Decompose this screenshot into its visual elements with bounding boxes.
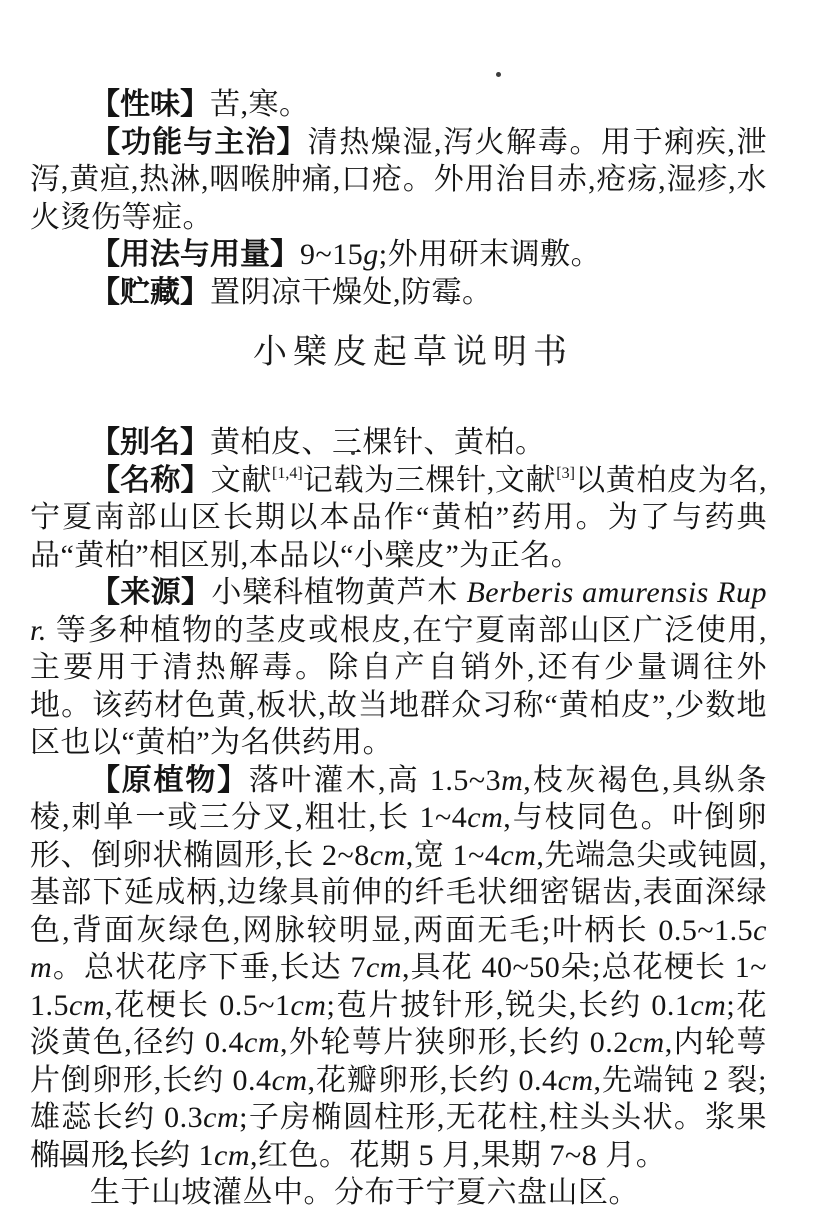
- scan-speck: [351, 451, 355, 455]
- article-title: 小檗皮起草说明书: [0, 324, 820, 373]
- paragraph-bieming: 【别名】黄柏皮、三棵针、黄柏。: [30, 424, 767, 462]
- article-body-section: 【别名】黄柏皮、三棵针、黄柏。 【名称】文献[1,4]记载为三棵针,文献[3]以…: [30, 424, 767, 1212]
- paragraph-yuanzhiwu: 【原植物】落叶灌木,高 1.5~3m,枝灰褐色,具纵条棱,刺单一或三分叉,粗壮,…: [30, 762, 767, 1175]
- page-number: — 2 —: [60, 1141, 186, 1172]
- paragraph-mingcheng: 【名称】文献[1,4]记载为三棵针,文献[3]以黄柏皮为名,宁夏南部山区长期以本…: [30, 462, 767, 575]
- paragraph-laiyuan: 【来源】小檗科植物黄芦木 Berberis amurensis Rupr. 等多…: [30, 574, 767, 762]
- paragraph-yongfa: 【用法与用量】9~15g;外用研末调敷。: [30, 236, 767, 274]
- monograph-tail-section: 【性味】苦,寒。 【功能与主治】清热燥湿,泻火解毒。用于痢疾,泄泻,黄疸,热淋,…: [30, 86, 767, 311]
- paragraph-gongneng: 【功能与主治】清热燥湿,泻火解毒。用于痢疾,泄泻,黄疸,热淋,咽喉肿痛,口疮。外…: [30, 124, 767, 237]
- paragraph-habitat: 生于山坡灌丛中。分布于宁夏六盘山区。: [30, 1174, 767, 1212]
- paragraph-zhucang: 【贮藏】置阴凉干燥处,防霉。: [30, 274, 767, 312]
- scan-speck: [496, 72, 501, 77]
- paragraph-xingwei: 【性味】苦,寒。: [30, 86, 767, 124]
- scanned-book-page: 【性味】苦,寒。 【功能与主治】清热燥湿,泻火解毒。用于痢疾,泄泻,黄疸,热淋,…: [0, 0, 820, 1224]
